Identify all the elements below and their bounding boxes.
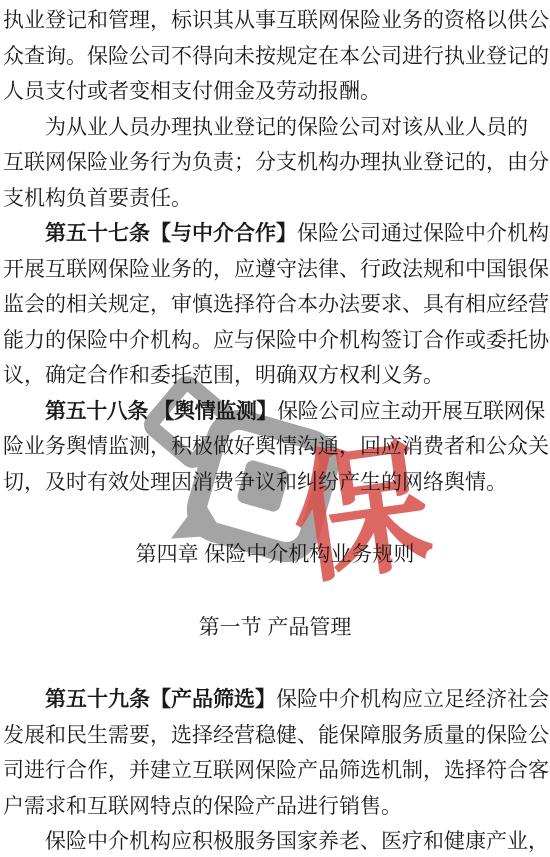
text-line: 互联网保险业务行为负责；分支机构办理执业登记的，由分 [3,145,550,181]
text-line: 监会的相关规定，审慎选择符合本办法要求、具有相应经营 [3,287,550,323]
paragraph-service-industries: 保险中介机构应积极服务国家养老、医疗和健康产业， [3,824,550,857]
text-line: 第五十七条【与中介合作】保险公司通过保险中介机构 [3,216,550,252]
paragraph-liability: 为从业人员办理执业登记的保险公司对该从业人员的 互联网保险业务行为负责；分支机构… [3,110,550,217]
article-58-lead-text: 保险公司应主动开展互联网保 [277,400,545,423]
text-line: 保险中介机构应积极服务国家养老、医疗和健康产业， [3,824,550,857]
document-text: 执业登记和管理，标识其从事互联网保险业务的资格以供公 众查询。保险公司不得向未按… [0,0,550,857]
text-line: 发展和民生需要，选择经营稳健、能保障服务质量的保险公 [3,718,550,754]
text-line: 人员支付或者变相支付佣金及劳动报酬。 [3,74,550,110]
article-57-title: 第五十七条【与中介合作】 [45,222,297,245]
text-line: 开展互联网保险业务的，应遵守法律、行政法规和中国银保 [3,252,550,288]
text-line: 议，确定合作和委托范围，明确双方权利义务。 [3,358,550,394]
paragraph-article-57: 第五十七条【与中介合作】保险公司通过保险中介机构 开展互联网保险业务的，应遵守法… [3,216,550,394]
text-line: 能力的保险中介机构。应与保险中介机构签订合作或委托协 [3,323,550,359]
text-line: 司进行合作，并建立互联网保险产品筛选机制，选择符合客 [3,753,550,789]
text-line: 第五十八条 【舆情监测】保险公司应主动开展互联网保 [3,394,550,430]
text-line: 支机构负首要责任。 [3,181,550,217]
article-59-title: 第五十九条【产品筛选】 [45,688,276,711]
text-line: 户需求和互联网特点的保险产品进行销售。 [3,789,550,825]
text-line: 众查询。保险公司不得向未按规定在本公司进行执业登记的 [3,39,550,75]
paragraph-article-59: 第五十九条【产品筛选】保险中介机构应立足经济社会 发展和民生需要，选择经营稳健、… [3,682,550,824]
paragraph-article-58: 第五十八条 【舆情监测】保险公司应主动开展互联网保 险业务舆情监测，积极做好舆情… [3,394,550,501]
article-57-lead-text: 保险公司通过保险中介机构 [297,222,549,245]
section-heading: 第一节 产品管理 [3,610,550,646]
paragraph-continuation: 执业登记和管理，标识其从事互联网保险业务的资格以供公 众查询。保险公司不得向未按… [3,3,550,110]
text-line: 执业登记和管理，标识其从事互联网保险业务的资格以供公 [3,3,550,39]
text-line: 为从业人员办理执业登记的保险公司对该从业人员的 [3,110,550,146]
text-line: 险业务舆情监测，积极做好舆情沟通，回应消费者和公众关 [3,429,550,465]
chapter-heading: 第四章 保险中介机构业务规则 [3,537,550,573]
article-59-lead-text: 保险中介机构应立足经济社会 [276,688,549,711]
text-line: 切，及时有效处理因消费争议和纠纷产生的网络舆情。 [3,465,550,501]
text-line: 第五十九条【产品筛选】保险中介机构应立足经济社会 [3,682,550,718]
document-page: 保 执业登记和管理，标识其从事互联网保险业务的资格以供公 众查询。保险公司不得向… [0,0,550,857]
article-58-title: 第五十八条 【舆情监测】 [45,400,277,423]
